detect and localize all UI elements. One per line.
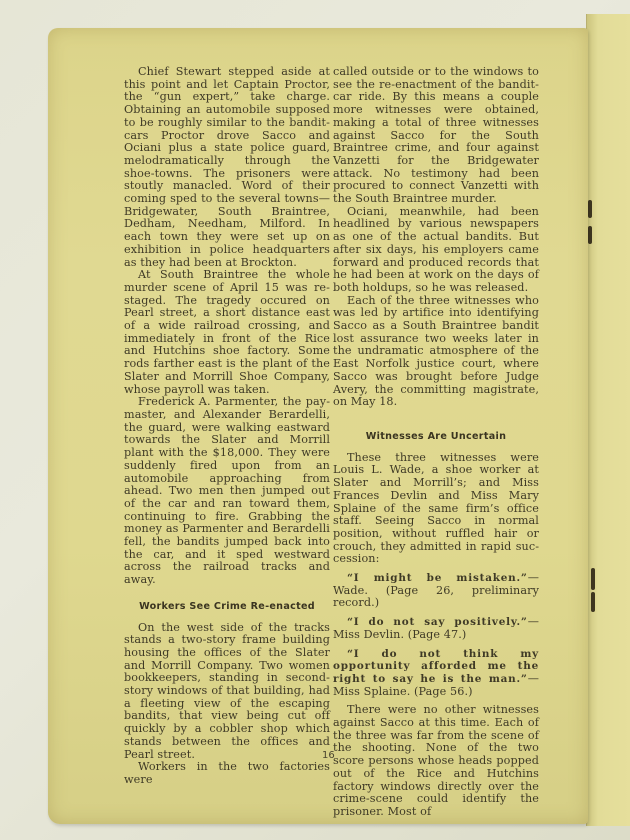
staple-top-lower	[588, 226, 592, 244]
paragraph: Chief Stewart stepped aside at this poin…	[124, 66, 330, 269]
paragraph: On the west side of the tracks stands a …	[124, 622, 330, 762]
paragraph: Ociani, meanwhile, had been head­lined b…	[333, 206, 539, 295]
paragraph: called outside or to the windows to see …	[333, 66, 539, 206]
staple-top-upper	[588, 200, 592, 218]
quote-text: “I do not say positively.”	[347, 616, 528, 628]
section-heading: Workers See Crime Re-enacted	[124, 601, 330, 614]
paragraph: There were no other witnesses against Sa…	[333, 704, 539, 818]
page-number: 16	[322, 750, 335, 761]
witness-quote: “I do not think my opportunity af­forded…	[333, 648, 539, 699]
facing-page-edge	[586, 14, 630, 826]
staple-bottom-lower	[591, 592, 595, 612]
paragraph: Each of the three witnesses who was led …	[333, 295, 539, 409]
quote-text: “I do not think my opportunity af­forded…	[333, 648, 539, 685]
section-heading: Witnesses Are Uncertain	[333, 431, 539, 444]
quote-text: “I might be mistaken.”	[347, 572, 528, 584]
witness-quote: “I might be mistaken.”—Wade. (Page 26, p…	[333, 572, 539, 610]
paragraph: Frederick A. Parmenter, the pay­master, …	[124, 396, 330, 587]
left-column: Chief Stewart stepped aside at this poin…	[124, 66, 330, 787]
paragraph: These three witnesses were Louis L. Wade…	[333, 452, 539, 566]
witness-quote: “I do not say positively.”—Miss Devlin. …	[333, 616, 539, 641]
staple-bottom-upper	[591, 568, 595, 590]
paragraph: At South Braintree the whole mur­der sce…	[124, 269, 330, 396]
paragraph: Workers in the two factories were	[124, 761, 330, 786]
right-column: called outside or to the windows to see …	[333, 66, 539, 819]
